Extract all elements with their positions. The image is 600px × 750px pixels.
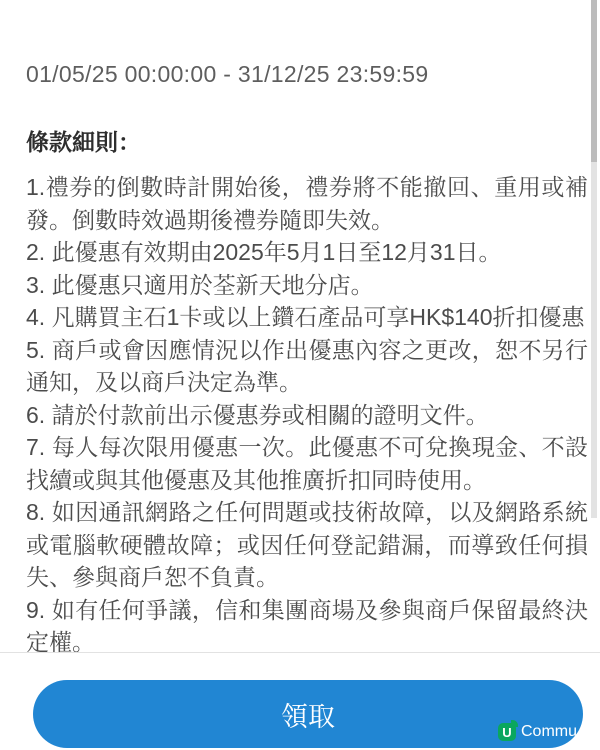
validity-period: 01/05/25 00:00:00 - 31/12/25 23:59:59 xyxy=(26,61,588,88)
term-item: 1.禮券的倒數時計開始後，禮券將不能撤回、重用或補發。倒數時效過期後禮券隨即失效… xyxy=(26,171,588,236)
coupon-terms-panel: 01/05/25 00:00:00 - 31/12/25 23:59:59 條款… xyxy=(0,0,600,659)
section-divider xyxy=(0,652,600,653)
term-item: 7. 每人每次限用優惠一次。此優惠不可兌換現金、不設找續或與其他優惠及其他推廣折… xyxy=(26,431,588,496)
claim-button-label: 領取 xyxy=(281,695,335,734)
term-item: 6. 請於付款前出示優惠券或相關的證明文件。 xyxy=(26,399,588,432)
watermark-logo-letter: U xyxy=(502,725,511,740)
u-lifestyle-logo-icon: U xyxy=(498,723,516,741)
leaf-icon xyxy=(511,720,518,727)
claim-button[interactable]: 領取 U Commu xyxy=(33,680,583,748)
term-item: 2. 此優惠有效期由2025年5月1日至12月31日。 xyxy=(26,236,588,269)
watermark-text: Commu xyxy=(521,723,577,741)
watermark: U Commu xyxy=(498,723,577,741)
term-item: 9. 如有任何爭議，信和集團商場及參與商戶保留最終決定權。 xyxy=(26,594,588,659)
scrollbar-thumb[interactable] xyxy=(591,0,597,162)
term-item: 5. 商戶或會因應情況以作出優惠內容之更改，恕不另行通知，及以商戶決定為準。 xyxy=(26,334,588,399)
term-item: 8. 如因通訊網路之任何問題或技術故障，以及網路系統或電腦軟硬體故障；或因任何登… xyxy=(26,496,588,594)
term-item: 4. 凡購買主石1卡或以上鑽石產品可享HK$140折扣優惠 xyxy=(26,301,588,334)
term-item: 3. 此優惠只適用於荃新天地分店。 xyxy=(26,269,588,302)
terms-list: 1.禮券的倒數時計開始後，禮券將不能撤回、重用或補發。倒數時效過期後禮券隨即失效… xyxy=(26,171,588,659)
terms-heading: 條款細則： xyxy=(26,124,588,157)
